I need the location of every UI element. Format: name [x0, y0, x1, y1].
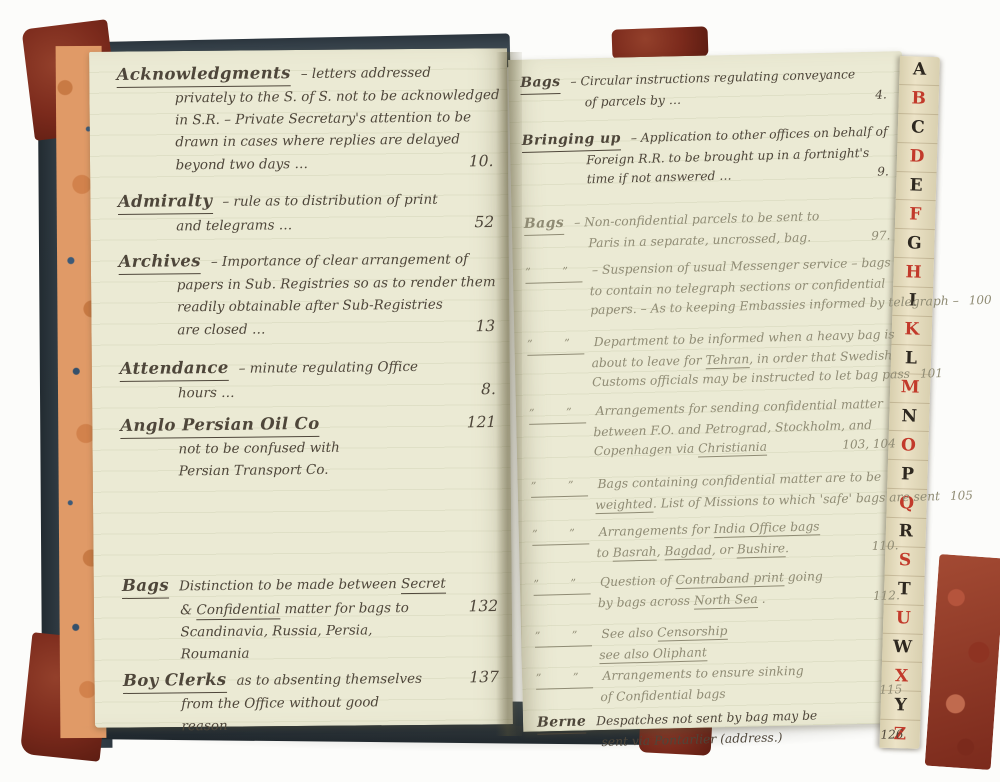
entry-text: see also Oliphant [599, 643, 707, 665]
tab-g: G [894, 228, 935, 258]
text-run: Bags containing confidential matter are … [597, 470, 881, 491]
tab-letter-g: G [907, 235, 922, 252]
entry-line: hours …8. [120, 378, 502, 405]
text-run: Despatches not sent by bag may be [596, 708, 817, 728]
text-run: ” ” [533, 576, 590, 590]
entry-term: Attendance [120, 357, 229, 382]
text-run: Boy Clerks [123, 670, 227, 690]
page-number: 110. [872, 536, 905, 556]
tab-a: A [899, 56, 940, 85]
text-run: Copenhagen via [594, 441, 699, 458]
entry-text: Copenhagen via Christiania [594, 438, 768, 462]
ditto-mark: ” ” [533, 573, 590, 595]
entry-term: Boy Clerks [123, 669, 227, 694]
text-run: ” ” [531, 478, 588, 492]
entry-term: Bags [122, 574, 169, 598]
tab-d: D [897, 142, 938, 172]
text-run: Arrangements to ensure sinking [602, 664, 803, 683]
text-run: Distinction to be made between [179, 576, 401, 594]
underlined-word: Bushire [737, 541, 786, 558]
ditto-mark: ” ” [525, 261, 582, 283]
page-number: 103, 104 [842, 434, 902, 455]
page-number: 100 [969, 291, 998, 311]
index-entry: Bringing up– Application to other office… [522, 122, 895, 191]
text-run: are closed … [177, 321, 265, 338]
text-run: ” ” [525, 264, 582, 278]
entry-text: of parcels by … [585, 91, 682, 113]
tab-letter-o: O [901, 437, 916, 454]
index-entry: ” ”Question of Contraband print goingby … [533, 565, 906, 615]
entry-term: Anglo Persian Oil Co [120, 413, 320, 439]
underlined-word: North Sea [694, 592, 758, 609]
entry-term: Acknowledgments [116, 62, 290, 88]
text-run: of Confidential bags [600, 687, 726, 704]
entry-text: in S.R. – Private Secretary's attention … [175, 106, 471, 131]
entry-text: beyond two days … [175, 153, 308, 176]
underlined-word: see also Oliphant [599, 645, 707, 663]
ditto-mark: ” ” [534, 625, 591, 647]
index-entry: Acknowledgments– letters addressedprivat… [116, 60, 499, 177]
text-run: Anglo Persian Oil Co [120, 414, 319, 435]
text-run: drawn in cases where replies are delayed [175, 131, 460, 150]
index-entry: ” ”Arrangements to ensure sinkingof Conf… [536, 659, 909, 709]
text-run: Bringing up [522, 130, 621, 149]
entry-text: – minute regulating Office [239, 356, 419, 380]
ditto-mark: ” ” [529, 402, 586, 424]
entry-term: Bags [524, 214, 565, 236]
text-run: ” ” [529, 405, 586, 419]
text-run: . [785, 541, 789, 555]
tab-letter-k: K [904, 322, 919, 339]
entry-text: by bags across North Sea . [598, 590, 766, 613]
ditto-mark: ” ” [531, 475, 588, 497]
page-number: 4. [875, 85, 893, 104]
left-page-index-entries: Acknowledgments– letters addressedprivat… [116, 60, 505, 738]
underlined-word: Secret [401, 576, 446, 594]
entry-line: and telegrams …52 [118, 211, 500, 238]
entry-text: to Basrah, Bagdad, or Bushire. [596, 539, 789, 563]
text-run: Bags [524, 215, 565, 232]
index-entry: Boy Clerksas to absenting themselves137f… [123, 666, 506, 738]
entry-text: & Confidential matter for bags to [180, 597, 409, 621]
tab-letter-f: F [909, 206, 922, 223]
text-run: – Non-confidential parcels to be sent to [574, 209, 820, 229]
spine-top-leather [612, 26, 709, 59]
text-run: Bags [122, 575, 169, 594]
page-number: 137 [469, 666, 505, 688]
page-number: 101 [920, 364, 949, 384]
entry-text: See also Censorship [601, 622, 727, 644]
ledger-photo: ABCDEFGHIKLMNOPQRSTUWXYZ Acknowledgments… [0, 0, 1000, 782]
text-run: , or [712, 542, 737, 557]
text-run: Department to be informed when a heavy b… [594, 327, 895, 349]
entry-text: drawn in cases where replies are delayed [175, 128, 460, 153]
index-entry: BagsDistinction to be made between Secre… [122, 571, 505, 666]
text-run: See also [601, 626, 657, 641]
entry-text: reason [181, 715, 227, 737]
index-entry: ” ”– Suspension of usual Messenger servi… [525, 253, 898, 322]
text-run: Persian Transport Co. [179, 462, 329, 480]
page-number: 13 [475, 315, 501, 337]
index-entry: Attendance– minute regulating Officehour… [120, 354, 502, 405]
text-run: , [656, 544, 664, 558]
text-run: as to absenting themselves [236, 671, 422, 689]
entry-text: as to absenting themselves [236, 668, 422, 692]
text-run: Scandinavia, Russia, Persia, [180, 622, 372, 640]
text-run: Roumania [181, 646, 250, 663]
underlined-word: weighted [595, 497, 653, 514]
index-entry: ” ”Department to be informed when a heav… [527, 325, 900, 394]
tab-letter-d: D [909, 148, 924, 165]
ditto-mark: ” ” [527, 333, 584, 355]
text-run: between F.O. and Petrograd, Stockholm, a… [593, 418, 872, 439]
text-run: – Importance of clear arrangement of [211, 251, 468, 270]
tab-h: H [893, 257, 934, 287]
text-run: , in order that Swedish [749, 348, 892, 366]
entry-line: reason [123, 712, 505, 738]
page-number: 9. [877, 162, 895, 181]
entry-text: – letters addressed [301, 62, 431, 85]
index-entry: Bags– Circular instructions regulating c… [520, 64, 893, 114]
text-run: ” ” [532, 526, 589, 540]
index-entry: ” ”See also Censorshipsee also Oliphant [534, 617, 907, 667]
text-run: not to be confused with [178, 440, 339, 458]
text-run: & [180, 602, 196, 618]
right-page-index-entries: Bags– Circular instructions regulating c… [520, 64, 910, 754]
entry-term: Admiralty [118, 190, 213, 215]
entry-line: drawn in cases where replies are delayed [117, 128, 499, 154]
tab-e: E [896, 170, 937, 200]
entry-term: Bags [520, 73, 561, 95]
page-number: 132 [468, 595, 504, 617]
text-run: Admiralty [118, 191, 213, 211]
tab-f: F [895, 199, 936, 229]
text-run: Arrangements for sending confidential ma… [595, 397, 883, 419]
text-run: ” ” [536, 670, 593, 684]
text-run: readily obtainable after Sub-Registries [177, 297, 443, 316]
entry-text: readily obtainable after Sub-Registries [177, 294, 443, 319]
ditto-mark: ” ” [532, 523, 589, 545]
entry-text: hours … [178, 382, 235, 405]
ditto-mark: ” ” [536, 667, 593, 689]
entry-text: Arrangements to ensure sinking [602, 662, 804, 686]
text-run: – Application to other offices on behalf… [631, 124, 888, 145]
entry-text: and telegrams … [176, 214, 292, 237]
entry-line: Roumania [123, 640, 505, 666]
entry-text: Persian Transport Co. [179, 459, 329, 483]
text-run: beyond two days … [175, 156, 308, 173]
tab-letter-c: C [911, 120, 925, 137]
text-run: from the Office without good [181, 694, 379, 712]
underlined-word: Christiania [698, 440, 767, 457]
text-run: and telegrams … [176, 217, 292, 234]
page-number: 126 [880, 725, 909, 745]
text-run: Attendance [120, 358, 229, 378]
underlined-word: Confidential [196, 601, 280, 619]
text-run: papers in Sub. Registries so as to rende… [177, 274, 496, 293]
text-run: matter for bags to [280, 600, 409, 617]
underlined-word: Contraband print [675, 570, 784, 588]
underlined-word: India Office bags [713, 519, 819, 537]
text-run: – letters addressed [301, 65, 431, 82]
text-run: Bags [520, 74, 561, 91]
entry-line: Persian Transport Co. [121, 457, 503, 483]
text-run: time if not answered … [587, 168, 732, 186]
tab-letter-n: N [901, 408, 917, 425]
index-entry: Bags– Non-confidential parcels to be sen… [524, 205, 897, 255]
tab-c: C [897, 113, 938, 143]
text-run: Archives [118, 251, 201, 271]
text-run: reason [181, 718, 227, 734]
tab-letter-e: E [909, 177, 922, 194]
index-entry: Anglo Persian Oil Co121not to be confuse… [120, 411, 503, 483]
entry-text: from the Office without good [181, 691, 379, 715]
entry-text: papers in Sub. Registries so as to rende… [177, 271, 496, 296]
entry-text: not to be confused with [178, 437, 339, 461]
text-run: Paris in a separate, uncrossed, bag. [588, 230, 811, 250]
text-run: Question of [600, 573, 676, 589]
text-run: by bags across [598, 594, 694, 611]
page-number: 8. [481, 378, 502, 400]
text-run: – rule as to distribution of print [222, 192, 437, 210]
entry-line: are closed …13 [119, 315, 501, 342]
text-run: . [758, 592, 766, 606]
tab-letter-a: A [913, 62, 927, 79]
entry-line: papers in Sub. Registries so as to rende… [119, 271, 501, 297]
index-entry: ” ”Arrangements for India Office bagsto … [532, 515, 905, 565]
text-run: Acknowledgments [116, 63, 290, 84]
text-run: privately to the S. of S. not to be ackn… [175, 87, 500, 106]
entry-term: Berne [537, 712, 587, 734]
page-number: 52 [474, 211, 500, 233]
back-cover-marble [925, 554, 1000, 770]
text-run: ” ” [527, 336, 584, 350]
text-run: of parcels by … [585, 93, 682, 110]
text-run: about to leave for [591, 353, 705, 370]
tab-b: B [898, 84, 939, 114]
entry-line: beyond two days …10. [117, 150, 499, 177]
entry-text: – Importance of clear arrangement of [211, 248, 468, 273]
text-run: Arrangements for [599, 522, 714, 539]
underlined-word: Basrah [613, 545, 657, 562]
entry-text: – rule as to distribution of print [222, 189, 437, 213]
tab-letter-h: H [905, 264, 922, 281]
underlined-word: Censorship [657, 624, 728, 641]
underlined-word: Bagdad [664, 543, 712, 560]
page-number: 97. [871, 226, 897, 246]
text-run: sent via Pontarlier (address.) [601, 730, 782, 749]
index-entry: Archives– Importance of clear arrangemen… [118, 247, 501, 342]
page-number: 115 [879, 680, 908, 700]
underlined-word: Tehran [705, 352, 749, 369]
entry-text: Scandinavia, Russia, Persia, [180, 619, 372, 643]
entry-text: Roumania [181, 643, 250, 666]
text-run: ” ” [535, 628, 592, 642]
text-run: hours … [178, 385, 235, 402]
tab-letter-p: P [901, 466, 914, 483]
tab-letter-b: B [911, 91, 926, 108]
entry-text: of Confidential bags [600, 685, 726, 707]
entry-text: time if not answered … [587, 166, 732, 189]
page-number: 112. [873, 586, 906, 606]
index-entry: ” ”Bags containing confidential matter a… [531, 467, 904, 517]
entry-text: Distinction to be made between Secret [179, 573, 446, 598]
text-run: Berne [537, 713, 587, 730]
text-run: going [784, 569, 823, 584]
page-number: 121 [467, 411, 503, 433]
text-run: in S.R. – Private Secretary's attention … [175, 109, 471, 128]
page-number: 10. [469, 150, 500, 172]
page-number: 105 [950, 486, 979, 506]
text-run: – Suspension of usual Messenger service … [592, 255, 891, 277]
text-run: – minute regulating Office [239, 359, 418, 377]
index-entry: ” ”Arrangements for sending confidential… [529, 394, 902, 463]
entry-term: Archives [118, 250, 201, 275]
entry-term: Bringing up [522, 129, 622, 153]
text-run: to [596, 546, 613, 560]
entry-text: are closed … [177, 318, 265, 341]
index-entry: Admiralty– rule as to distribution of pr… [118, 187, 500, 238]
